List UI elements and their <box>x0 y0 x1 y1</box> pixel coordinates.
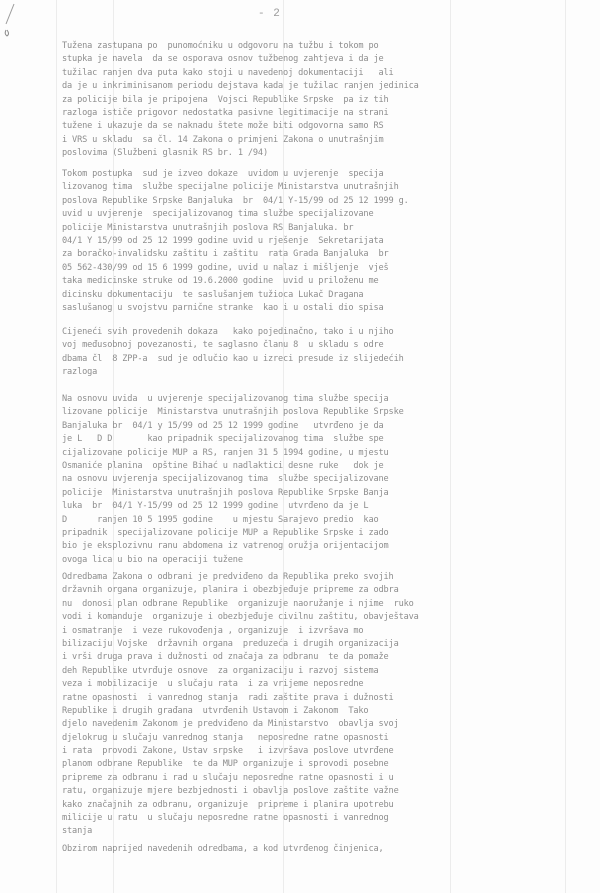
text-line: djelokrug u slučaju vanrednog stanja nep… <box>62 732 592 745</box>
text-line: dicinsku dokumentaciju te saslušanjem tu… <box>62 289 592 302</box>
text-line: za policije bila je pripojena Vojsci Rep… <box>62 94 592 107</box>
text-line: Tužena zastupana po punomoćniku u odgovo… <box>62 40 592 53</box>
text-line: dbama čl 8 ZPP-a sud je odlučio kao u iz… <box>62 353 592 366</box>
text-line: taka medicinske struke od 19.6.2000 godi… <box>62 275 592 288</box>
text-line: tužilac ranjen dva puta kako stoji u nav… <box>62 67 592 80</box>
text-line: lizovane policije Ministarstva unutrašnj… <box>62 406 592 419</box>
text-line: Cijeneći svih provedenih dokaza kako poj… <box>62 326 592 339</box>
text-line: 05 562-430/99 od 15 6 1999 godine, uvid … <box>62 262 592 275</box>
text-line: stanja <box>62 825 592 838</box>
text-line: planom odbrane Republike te da MUP organ… <box>62 758 592 771</box>
paragraph-conclusion: Obzirom naprijed navedenih odredbama, a … <box>62 843 592 856</box>
text-line: stupka je navela da se osporava osnov tu… <box>62 53 592 66</box>
text-line: uvid u uvjerenje specijalizovanog tima s… <box>62 208 592 221</box>
text-line: bilizaciju Vojske državnih organa preduz… <box>62 638 592 651</box>
text-line: pripreme za odbranu i rad u slučaju nepo… <box>62 772 592 785</box>
text-line: i osmatranje i veze rukovođenja , organi… <box>62 625 592 638</box>
text-line: ratu, organizuje mjere bezbjednosti i ob… <box>62 785 592 798</box>
text-line: policije Ministarstva unutrašnjih poslov… <box>62 487 592 500</box>
text-line: je L D D kao pripadnik specijalizovanog … <box>62 433 592 446</box>
text-line: cijalizovane policije MUP a RS, ranjen 3… <box>62 447 592 460</box>
text-line: ratne opasnosti i vanrednog stanja radi … <box>62 692 592 705</box>
text-line: voj međusobnoj povezanosti, te saglasno … <box>62 339 592 352</box>
paragraph-findings: Na osnovu uvida u uvjerenje specijalizov… <box>62 393 592 567</box>
text-line: deh Republike utvrđuje osnove za organiz… <box>62 665 592 678</box>
text-line: policije Ministarstva unutrašnjih poslov… <box>62 222 592 235</box>
text-line: i VRS u skladu sa čl. 14 Zakona o primje… <box>62 134 592 147</box>
text-line: lizovanog tima službe specijalne policij… <box>62 181 592 194</box>
text-line: državnih organa organizuje, planira i ob… <box>62 584 592 597</box>
text-line: razloga ističe prigovor nedostatka pasiv… <box>62 107 592 120</box>
text-line: razloga <box>62 366 592 379</box>
text-line: bio je eksplozivnu ranu abdomena iz vatr… <box>62 540 592 553</box>
text-line: Osmaniće planina opštine Bihać u nadlakt… <box>62 460 592 473</box>
text-line: za boračko-invalidsku zaštitu i zaštitu … <box>62 248 592 261</box>
text-line: na osnovu uvjerenja specijalizovanog tim… <box>62 473 592 486</box>
text-line: saslušanog u svojstvu parnične stranke k… <box>62 302 592 315</box>
text-line: djelo navedenim Zakonom je predviđeno da… <box>62 718 592 731</box>
text-line: i vrši druga prava i dužnosti od značaja… <box>62 651 592 664</box>
text-line: nu donosi plan odbrane Republike organiz… <box>62 598 592 611</box>
text-line: Banjaluka br 04/1 y 15/99 od 25 12 1999 … <box>62 420 592 433</box>
page-number: - 2 <box>258 8 281 20</box>
text-line: veza i mobilizacije u slučaju rata i za … <box>62 678 592 691</box>
text-line: 04/1 Y 15/99 od 25 12 1999 godine uvid u… <box>62 235 592 248</box>
scan-fold-line <box>56 0 57 893</box>
text-line: vodi i komanduje organizuje i obezbjeđuj… <box>62 611 592 624</box>
text-line: D ranjen 10 5 1995 godine u mjestu Saraj… <box>62 514 592 527</box>
text-line: da je u inkriminisanom periodu dejstava … <box>62 80 592 93</box>
text-line: pripadnik specijalizovane policije MUP a… <box>62 527 592 540</box>
margin-pen-mark-icon <box>2 2 16 42</box>
text-line: Odredbama Zakona o odbrani je predviđeno… <box>62 571 592 584</box>
text-line: Republike i drugih građana utvrđenih Ust… <box>62 705 592 718</box>
paragraph-defense-response: Tužena zastupana po punomoćniku u odgovo… <box>62 40 592 161</box>
paragraph-assessment: Cijeneći svih provedenih dokaza kako poj… <box>62 326 592 380</box>
text-line: ovoga lica u bio na operaciji tužene <box>62 554 592 567</box>
text-line: Na osnovu uvida u uvjerenje specijalizov… <box>62 393 592 406</box>
text-line: kako značajnih za odbranu, organizuje pr… <box>62 799 592 812</box>
paragraph-evidence: Tokom postupka sud je izveo dokaze uvido… <box>62 168 592 315</box>
paragraph-defense-law: Odredbama Zakona o odbrani je predviđeno… <box>62 571 592 839</box>
text-line: Obzirom naprijed navedenih odredbama, a … <box>62 843 592 856</box>
text-line: poslova Republike Srpske Banjaluka br 04… <box>62 195 592 208</box>
text-line: i rata provodi Zakone, Ustav srpske i iz… <box>62 745 592 758</box>
text-line: luka br 04/1 Y-15/99 od 25 12 1999 godin… <box>62 500 592 513</box>
text-line: Tokom postupka sud je izveo dokaze uvido… <box>62 168 592 181</box>
text-line: milicije u ratu u slučaju neposredne rat… <box>62 812 592 825</box>
text-line: tužene i ukazuje da se naknadu štete mož… <box>62 120 592 133</box>
scanned-document-page: - 2 Tužena zastupana po punomoćniku u od… <box>0 0 600 893</box>
text-line: poslovima (Službeni glasnik RS br. 1 /94… <box>62 147 592 160</box>
